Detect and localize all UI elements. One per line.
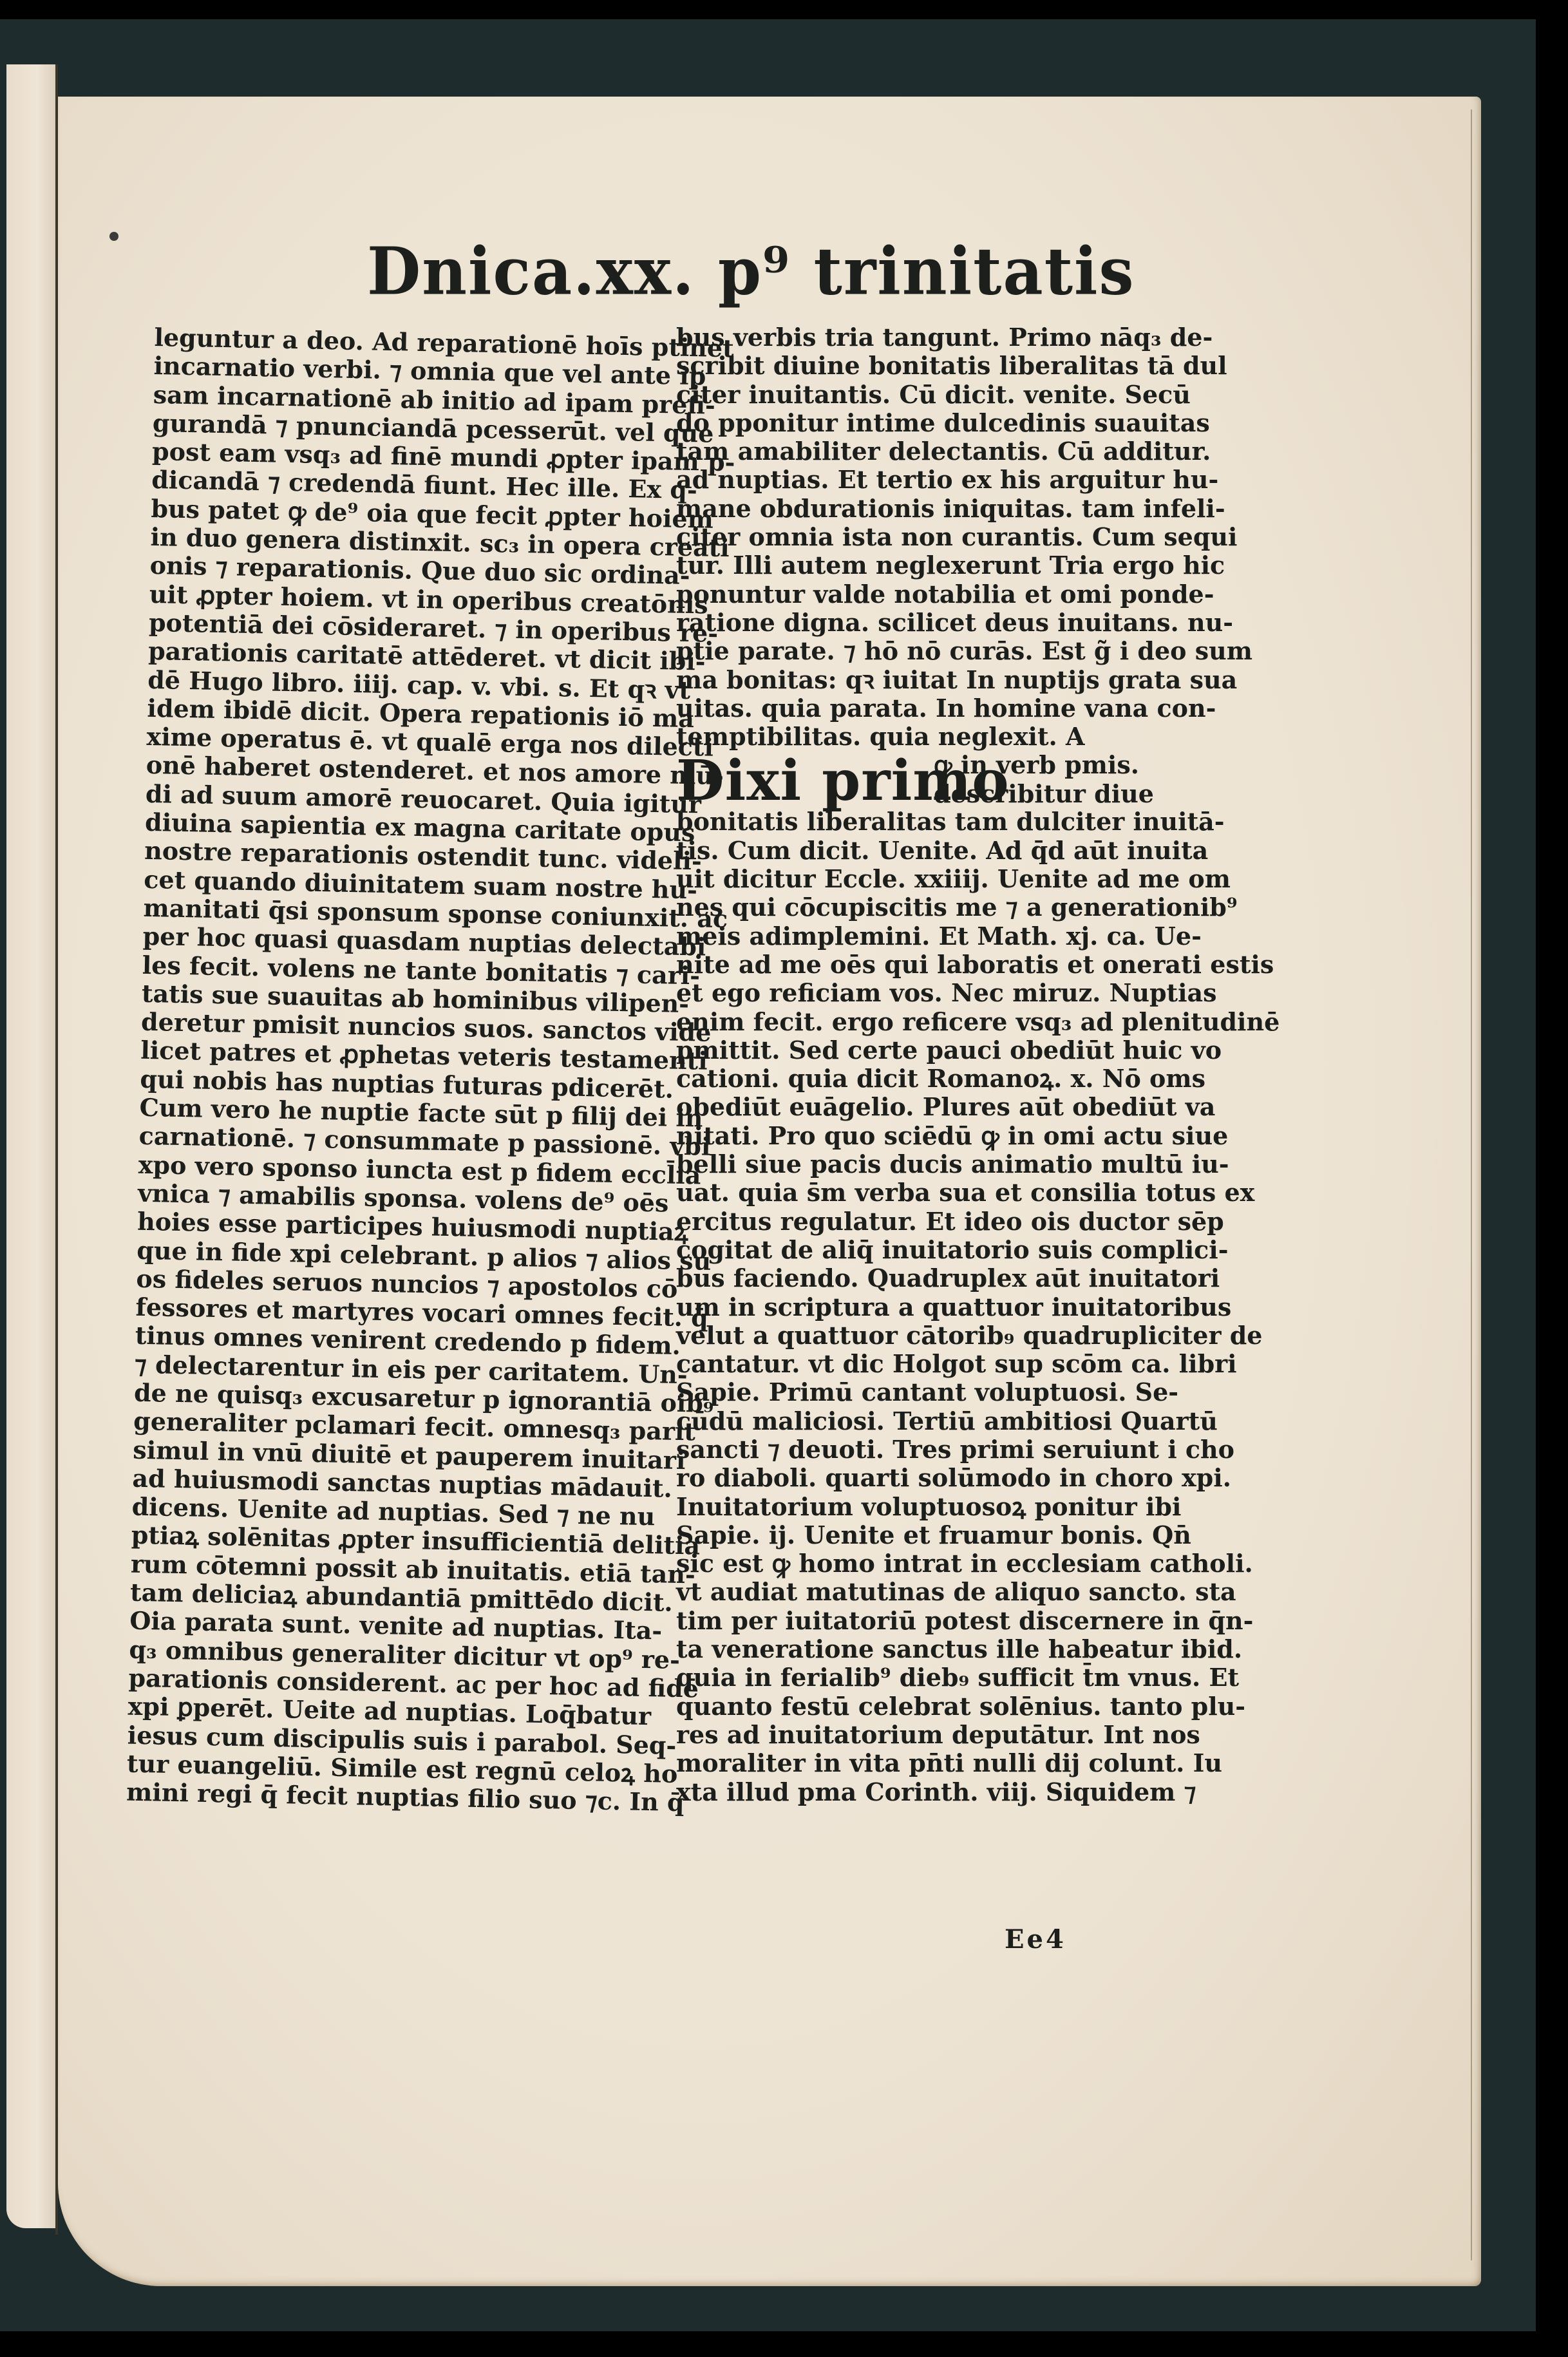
- text-line: tur. Illi autem neglexerunt Tria ergo hi…: [676, 551, 1191, 580]
- text-line: ta veneratione sanctus ille habeatur ibi…: [676, 1635, 1191, 1663]
- text-line: nitati. Pro quo sciēdū ꝙ in omi actu siu…: [676, 1122, 1191, 1150]
- text-line: citer omnia ista non curantis. Cum sequi: [676, 523, 1191, 551]
- text-line: ercitus regulatur. Et ideo ois ductor sē…: [676, 1207, 1191, 1236]
- text-line: xta illud pma Corinth. viij. Siquidem ⁊: [676, 1778, 1191, 1806]
- text-line: tim per iuitatoriū potest discernere in …: [676, 1607, 1191, 1635]
- text-line: tis. Cum dicit. Uenite. Ad q̄d aūt inuit…: [676, 837, 1191, 865]
- text-line: ma bonitas: qꝛ iuitat In nuptijs grata s…: [676, 666, 1191, 694]
- text-line: ro diaboli. quarti solūmodo in choro xpi…: [676, 1464, 1191, 1492]
- text-line: ponuntur valde notabilia et omi ponde-: [676, 580, 1191, 609]
- text-line: meis adimplemini. Et Math. xj. ca. Ue-: [676, 922, 1191, 951]
- text-line: Inuitatorium voluptuosoꝝ ponitur ibi: [676, 1493, 1191, 1521]
- text-line: moraliter in vita pn̄ti nulli dij colunt…: [676, 1749, 1191, 1777]
- text-line: cantatur. vt dic Holgot sup scōm ca. lib…: [676, 1350, 1191, 1378]
- initial-side-lines: ꝙ in verb pmis. describitur diue: [934, 751, 1154, 808]
- text-line: velut a quattuor cātorib₉ quadrupliciter…: [676, 1321, 1191, 1350]
- text-line: Sapie. Primū cantant voluptuosi. Se-: [676, 1378, 1191, 1406]
- text-line: cationi. quia dicit Romanoꝝ. x. Nō oms: [676, 1065, 1191, 1093]
- text-line: uit dicitur Eccle. xxiiij. Uenite ad me …: [676, 865, 1191, 893]
- text-line: scribit diuine bonitatis liberalitas tā …: [676, 352, 1191, 380]
- text-line: sancti ⁊ deuoti. Tres primi seruiunt i c…: [676, 1435, 1191, 1464]
- page-fore-edge: [1471, 109, 1477, 2260]
- text-line: bus faciendo. Quadruplex aūt inuitatori: [676, 1264, 1191, 1292]
- text-line: et ego reficiam vos. Nec miruz. Nuptias: [676, 979, 1191, 1007]
- text-line: enim fecit. ergo reficere vsq₃ ad plenit…: [676, 1008, 1191, 1036]
- text-line: ratione digna. scilicet deus inuitans. n…: [676, 609, 1191, 637]
- decorated-initial-block: Dixi primo ꝙ in verb pmis. describitur d…: [676, 751, 1191, 808]
- text-line: quanto festū celebrat solēnius. tanto pl…: [676, 1692, 1191, 1721]
- text-line: vt audiat matutinas de aliquo sancto. st…: [676, 1578, 1191, 1606]
- text-line: uitas. quia parata. In homine vana con-: [676, 694, 1191, 723]
- text-line: cūdū maliciosi. Tertiū ambitiosi Quartū: [676, 1407, 1191, 1435]
- text-line: pmittit. Sed certe pauci obediūt huic vo: [676, 1036, 1191, 1065]
- text-line: tam amabiliter delectantis. Cū additur.: [676, 437, 1191, 466]
- text-line: Sapie. ij. Uenite et fruamur bonis. Qn̄: [676, 1521, 1191, 1549]
- text-line: ad nuptias. Et tertio ex his arguitur hu…: [676, 466, 1191, 494]
- text-line: belli siue pacis ducis animatio multū iu…: [676, 1150, 1191, 1178]
- text-line: sic est ꝙ homo intrat in ecclesiam catho…: [676, 1549, 1191, 1578]
- text-line: citer inuitantis. Cū dicit. venite. Secū: [676, 381, 1191, 409]
- text-line: ptie parate. ⁊ hō nō curās. Est g̃ i deo…: [676, 637, 1191, 665]
- signature-mark: Ee4: [1005, 1924, 1066, 1955]
- text-line: uat. quia s̄m verba sua et consilia totu…: [676, 1178, 1191, 1207]
- right-text-column: bus verbis tria tangunt. Primo nāq₃ de-s…: [676, 323, 1191, 1806]
- text-line: describitur diue: [934, 780, 1154, 808]
- text-line: res ad inuitatorium deputātur. Int nos: [676, 1721, 1191, 1749]
- left-text-column: leguntur a deo. Ad reparationē hoīs ptin…: [126, 323, 657, 1816]
- text-line: mane obdurationis iniquitas. tam infeli-: [676, 495, 1191, 523]
- text-line: do pponitur intime dulcedinis suauitas: [676, 409, 1191, 437]
- text-line: nes qui cōcupiscitis me ⁊ a generationib…: [676, 893, 1191, 922]
- text-line: temptibilitas. quia neglexit. A: [676, 723, 1191, 751]
- ink-spot: [109, 232, 118, 241]
- text-line: bus verbis tria tangunt. Primo nāq₃ de-: [676, 323, 1191, 352]
- running-head: Dnica.xx. p⁹ trinitatis: [367, 233, 947, 314]
- text-line: um in scriptura a quattuor inuitatoribus: [676, 1293, 1191, 1321]
- text-line: quia in ferialib⁹ dieb₉ sufficit t̄m vnu…: [676, 1663, 1191, 1692]
- facing-page-edge: [6, 64, 58, 2228]
- text-line: obediūt euāgelio. Plures aūt obediūt va: [676, 1093, 1191, 1121]
- text-line: ꝙ in verb pmis.: [934, 751, 1154, 779]
- recto-page: Dnica.xx. p⁹ trinitatis leguntur a deo. …: [58, 97, 1481, 2286]
- text-line: cogitat de aliq̄ inuitatorio suis compli…: [676, 1236, 1191, 1264]
- text-line: nite ad me oēs qui laboratis et onerati …: [676, 951, 1191, 979]
